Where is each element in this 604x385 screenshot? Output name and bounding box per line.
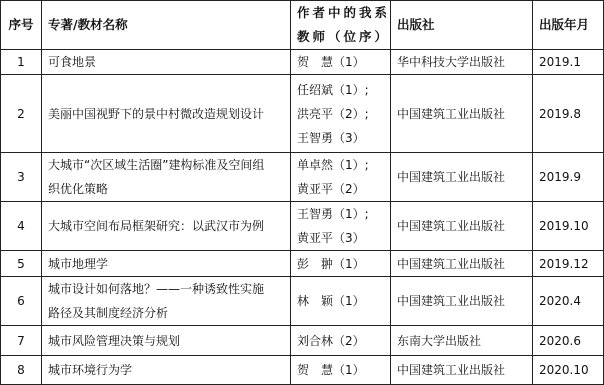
header-date: 出版年月 bbox=[533, 1, 604, 50]
author: 黄亚平（2） bbox=[297, 177, 384, 201]
title-line: 织优化策略 bbox=[48, 177, 284, 201]
row-authors: 单卓然（1）; 黄亚平（2） bbox=[291, 153, 391, 202]
title-line: 城市设计如何落地？——一种诱致性实施 bbox=[48, 277, 284, 301]
row-title: 城市设计如何落地？——一种诱致性实施 路径及其制度经济分析 bbox=[42, 277, 291, 326]
table-row: 2 美丽中国视野下的景中村微改造规划设计 任绍斌（1）; 洪亮平（2）; 王智勇… bbox=[1, 75, 604, 153]
row-title: 可食地景 bbox=[42, 50, 291, 75]
table-row: 8 城市环境行为学 贺 慧（1） 中国建筑工业出版社 2020.10 bbox=[1, 356, 604, 385]
row-publisher: 华中科技大学出版社 bbox=[391, 50, 533, 75]
row-date: 2019.9 bbox=[533, 153, 604, 202]
author: 王智勇（3） bbox=[297, 126, 384, 150]
title-line: 大城市“次区域生活圈”建构标准及空间组 bbox=[48, 153, 284, 177]
row-authors: 贺 慧（1） bbox=[291, 50, 391, 75]
row-no: 7 bbox=[1, 326, 42, 356]
author: 黄亚平（3） bbox=[297, 226, 384, 250]
author: 任绍斌（1）; bbox=[297, 78, 384, 102]
row-authors: 林 颖（1） bbox=[291, 277, 391, 326]
row-authors: 任绍斌（1）; 洪亮平（2）; 王智勇（3） bbox=[291, 75, 391, 153]
row-no: 8 bbox=[1, 356, 42, 385]
row-publisher: 中国建筑工业出版社 bbox=[391, 202, 533, 251]
author: 王智勇（1）; bbox=[297, 202, 384, 226]
table-row: 6 城市设计如何落地？——一种诱致性实施 路径及其制度经济分析 林 颖（1） 中… bbox=[1, 277, 604, 326]
header-title: 专著/教材名称 bbox=[42, 1, 291, 50]
row-no: 1 bbox=[1, 50, 42, 75]
author: 单卓然（1）; bbox=[297, 153, 384, 177]
table-row: 1 可食地景 贺 慧（1） 华中科技大学出版社 2019.1 bbox=[1, 50, 604, 75]
row-no: 3 bbox=[1, 153, 42, 202]
title-line: 路径及其制度经济分析 bbox=[48, 301, 284, 325]
header-row: 序号 专著/教材名称 作者中的我系 教师（位序） 出版社 出版年月 bbox=[1, 1, 604, 50]
row-authors: 彭 翀（1） bbox=[291, 251, 391, 277]
row-title: 城市风险管理决策与规划 bbox=[42, 326, 291, 356]
header-no: 序号 bbox=[1, 1, 42, 50]
header-author-line1: 作者中的我系 bbox=[297, 1, 384, 25]
row-publisher: 中国建筑工业出版社 bbox=[391, 75, 533, 153]
row-date: 2020.6 bbox=[533, 326, 604, 356]
header-author-line2: 教师（位序） bbox=[297, 25, 384, 49]
row-no: 4 bbox=[1, 202, 42, 251]
row-title: 美丽中国视野下的景中村微改造规划设计 bbox=[42, 75, 291, 153]
row-authors: 刘合林（2） bbox=[291, 326, 391, 356]
row-authors: 贺 慧（1） bbox=[291, 356, 391, 385]
row-date: 2019.12 bbox=[533, 251, 604, 277]
row-publisher: 中国建筑工业出版社 bbox=[391, 356, 533, 385]
header-author: 作者中的我系 教师（位序） bbox=[291, 1, 391, 50]
table-row: 3 大城市“次区域生活圈”建构标准及空间组 织优化策略 单卓然（1）; 黄亚平（… bbox=[1, 153, 604, 202]
row-publisher: 中国建筑工业出版社 bbox=[391, 153, 533, 202]
row-date: 2019.1 bbox=[533, 50, 604, 75]
row-title: 城市地理学 bbox=[42, 251, 291, 277]
row-title: 大城市空间布局框架研究：以武汉市为例 bbox=[42, 202, 291, 251]
table-row: 4 大城市空间布局框架研究：以武汉市为例 王智勇（1）; 黄亚平（3） 中国建筑… bbox=[1, 202, 604, 251]
table-row: 7 城市风险管理决策与规划 刘合林（2） 东南大学出版社 2020.6 bbox=[1, 326, 604, 356]
table-row: 5 城市地理学 彭 翀（1） 中国建筑工业出版社 2019.12 bbox=[1, 251, 604, 277]
row-date: 2019.10 bbox=[533, 202, 604, 251]
row-date: 2020.10 bbox=[533, 356, 604, 385]
publications-table: 序号 专著/教材名称 作者中的我系 教师（位序） 出版社 出版年月 1 可食地景… bbox=[0, 0, 604, 385]
row-publisher: 中国建筑工业出版社 bbox=[391, 251, 533, 277]
row-title: 城市环境行为学 bbox=[42, 356, 291, 385]
row-publisher: 中国建筑工业出版社 bbox=[391, 277, 533, 326]
row-date: 2019.8 bbox=[533, 75, 604, 153]
row-no: 2 bbox=[1, 75, 42, 153]
row-no: 5 bbox=[1, 251, 42, 277]
row-publisher: 东南大学出版社 bbox=[391, 326, 533, 356]
row-no: 6 bbox=[1, 277, 42, 326]
row-authors: 王智勇（1）; 黄亚平（3） bbox=[291, 202, 391, 251]
header-publisher: 出版社 bbox=[391, 1, 533, 50]
row-title: 大城市“次区域生活圈”建构标准及空间组 织优化策略 bbox=[42, 153, 291, 202]
author: 洪亮平（2）; bbox=[297, 102, 384, 126]
row-date: 2020.4 bbox=[533, 277, 604, 326]
